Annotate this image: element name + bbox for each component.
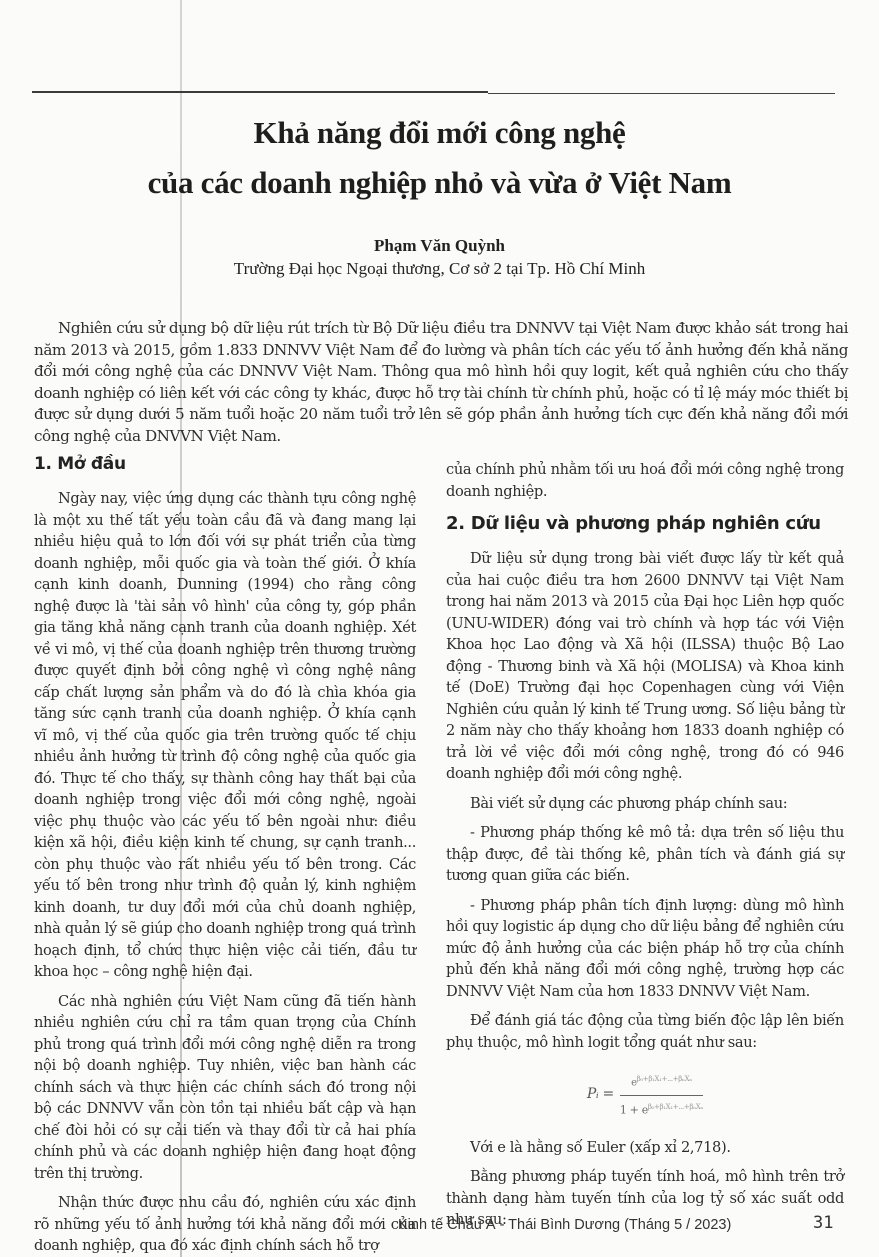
denominator-base: 1 + e — [620, 1103, 648, 1116]
journal-footer: Kinh tế Châu Á - Thái Bình Dương (Tháng … — [398, 1217, 731, 1233]
paragraph: Các nhà nghiên cứu Việt Nam cũng đã tiến… — [34, 991, 416, 1185]
header-rule-right — [488, 93, 835, 94]
paragraph: Bài viết sử dụng các phương pháp chính s… — [446, 793, 844, 815]
formula-lhs: Pᵢ = — [587, 1084, 614, 1106]
abstract: Nghiên cứu sử dụng bộ dữ liệu rút trích … — [34, 318, 848, 447]
paragraph: Để đánh giá tác động của từng biến độc l… — [446, 1010, 844, 1053]
formula-numerator: eβ₀+β₁X₁+...+βₙXₙ — [625, 1069, 698, 1095]
left-column: 1. Mở đầu Ngày nay, việc ứng dụng các th… — [34, 452, 416, 1257]
paragraph: Với e là hằng số Euler (xấp xỉ 2,718). — [446, 1137, 844, 1159]
paragraph: - Phương pháp phân tích định lượng: dùng… — [446, 895, 844, 1003]
paragraph: - Phương pháp thống kê mô tả: dựa trên s… — [446, 822, 844, 887]
paragraph-continuation: của chính phủ nhằm tối ưu hoá đổi mới cô… — [446, 459, 844, 502]
paragraph: Dữ liệu sử dụng trong bài viết được lấy … — [446, 548, 844, 785]
paragraph: Ngày nay, việc ứng dụng các thành tựu cô… — [34, 488, 416, 983]
formula-fraction: eβ₀+β₁X₁+...+βₙXₙ 1 + eβ₀+β₁X₁+...+βₙXₙ — [620, 1069, 703, 1121]
article-title: Khả năng đổi mới công nghệ của các doanh… — [0, 108, 879, 208]
header-rule — [32, 91, 488, 93]
author-affiliation: Trường Đại học Ngoại thương, Cơ sở 2 tại… — [0, 259, 879, 279]
page-number: 31 — [813, 1213, 833, 1233]
title-line-2: của các doanh nghiệp nhỏ và vừa ở Việt N… — [0, 158, 879, 208]
section-2-heading: 2. Dữ liệu và phương pháp nghiên cứu — [446, 512, 844, 536]
author-name: Phạm Văn Quỳnh — [0, 236, 879, 256]
section-1-heading: 1. Mở đầu — [34, 452, 416, 476]
numerator-exponent: β₀+β₁X₁+...+βₙXₙ — [637, 1075, 692, 1083]
right-column: của chính phủ nhằm tối ưu hoá đổi mới cô… — [446, 459, 844, 1239]
denominator-exponent: β₀+β₁X₁+...+βₙXₙ — [648, 1103, 703, 1111]
formula-denominator: 1 + eβ₀+β₁X₁+...+βₙXₙ — [620, 1096, 703, 1121]
logit-formula: Pᵢ = eβ₀+β₁X₁+...+βₙXₙ 1 + eβ₀+β₁X₁+...+… — [446, 1069, 844, 1121]
paragraph: Nhận thức được nhu cầu đó, nghiên cứu xá… — [34, 1192, 416, 1257]
title-line-1: Khả năng đổi mới công nghệ — [0, 108, 879, 158]
